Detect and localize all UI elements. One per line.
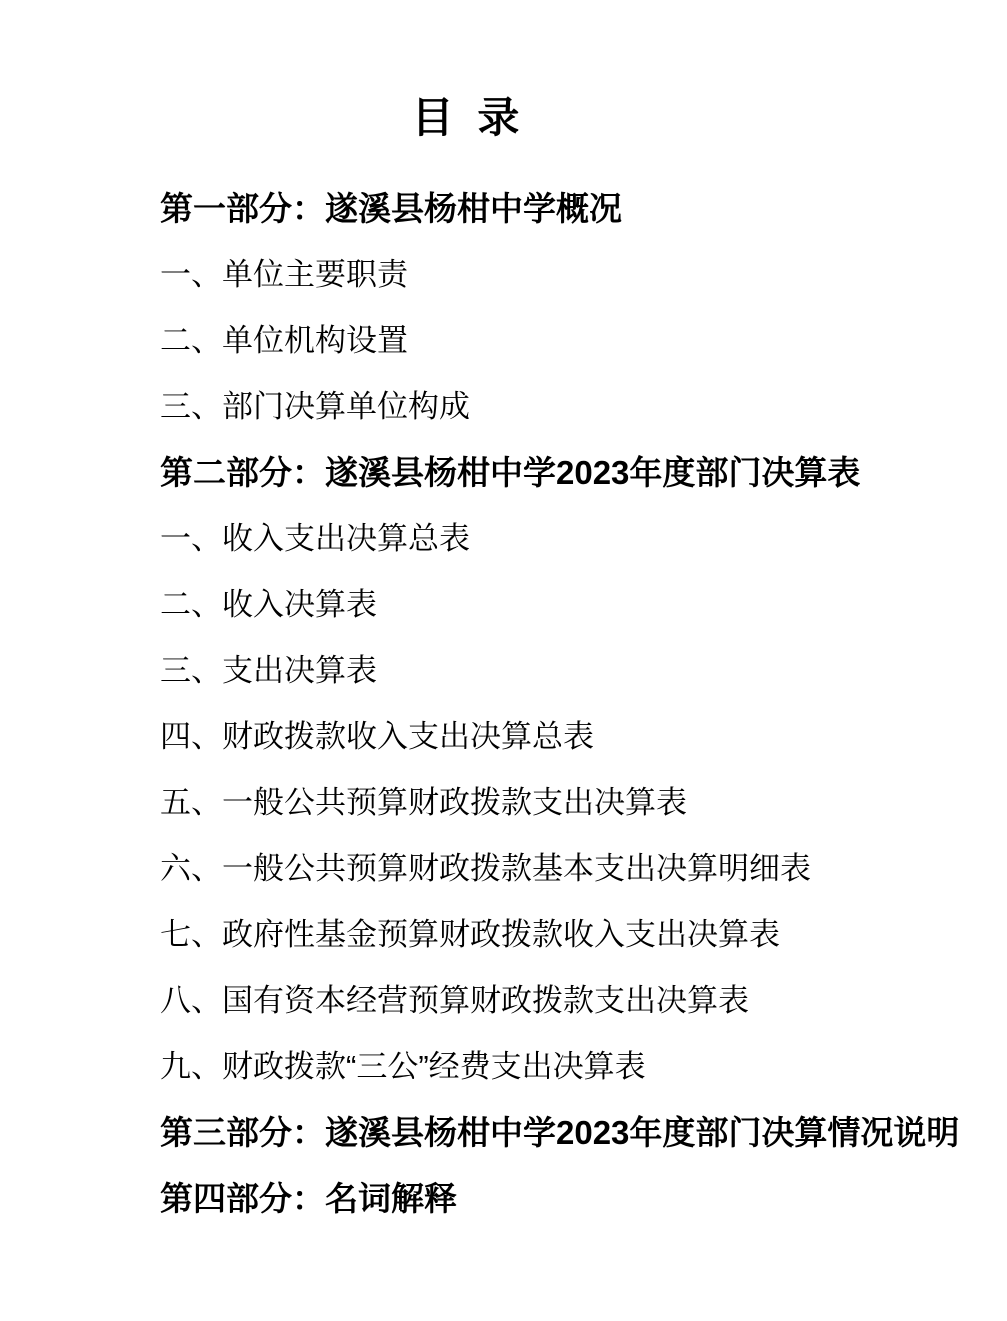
toc-item-unit-structure: 二、单位机构设置 xyxy=(160,320,927,362)
document-page: 目 录 第一部分：遂溪县杨柑中学概况 一、单位主要职责 二、单位机构设置 三、部… xyxy=(0,0,1007,1321)
toc-item-three-public-expense: 九、财政拨款“三公”经费支出决算表 xyxy=(160,1046,927,1088)
toc-section-heading-part3: 第三部分：遂溪县杨柑中学2023年度部门决算情况说明 xyxy=(160,1112,927,1154)
toc-item-fiscal-approp-summary: 四、财政拨款收入支出决算总表 xyxy=(160,716,927,758)
toc-item-unit-duties: 一、单位主要职责 xyxy=(160,254,927,296)
toc-item-general-budget-expense: 五、一般公共预算财政拨款支出决算表 xyxy=(160,782,927,824)
toc-item-state-capital-budget: 八、国有资本经营预算财政拨款支出决算表 xyxy=(160,980,927,1022)
toc-item-expense-statement: 三、支出决算表 xyxy=(160,650,927,692)
toc-item-income-expense-summary: 一、收入支出决算总表 xyxy=(160,518,927,560)
document-title: 目 录 xyxy=(122,92,809,144)
toc-section-heading-part4: 第四部分：名词解释 xyxy=(160,1178,927,1220)
toc-section-heading-part1: 第一部分：遂溪县杨柑中学概况 xyxy=(160,188,927,230)
toc-item-income-statement: 二、收入决算表 xyxy=(160,584,927,626)
toc-item-unit-composition: 三、部门决算单位构成 xyxy=(160,386,927,428)
toc-item-general-budget-basic-detail: 六、一般公共预算财政拨款基本支出决算明细表 xyxy=(160,848,927,890)
toc-item-govt-fund-budget: 七、政府性基金预算财政拨款收入支出决算表 xyxy=(160,914,927,956)
toc-section-heading-part2: 第二部分：遂溪县杨柑中学2023年度部门决算表 xyxy=(160,452,927,494)
